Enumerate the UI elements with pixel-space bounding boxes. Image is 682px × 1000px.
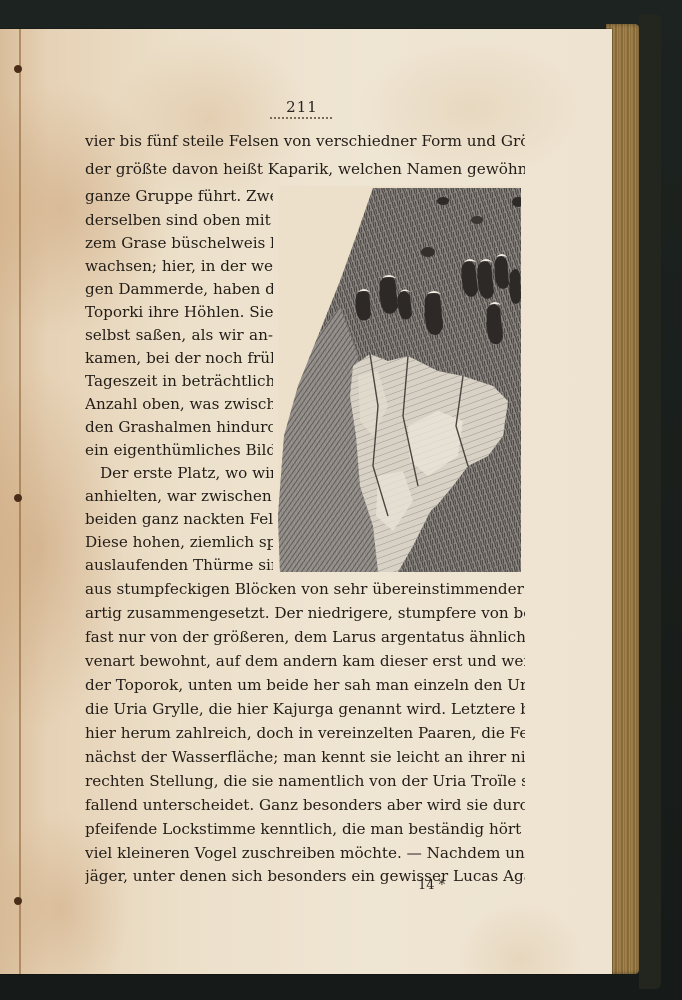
page-number-rule	[270, 117, 334, 119]
book-scan-scene: 211 vier bis fünf steile Felsen von vers…	[0, 0, 682, 1000]
text-line: wachsen; hier, in der weni-	[85, 256, 273, 276]
text-line: hier herum zahlreich, doch in vereinzelt…	[85, 723, 525, 743]
text-line: artig zusammengesetzt. Der niedrigere, s…	[85, 603, 525, 623]
text-line: fallend unterscheidet. Ganz besonders ab…	[85, 795, 525, 815]
text-line: Tageszeit in beträchtlicher	[85, 371, 273, 391]
text-line: viel kleineren Vogel zuschreiben möchte.…	[85, 843, 525, 863]
text-line: Diese hohen, ziemlich spitz	[85, 532, 273, 552]
text-line: Anzahl oben, was zwischen	[85, 394, 273, 414]
binding-stitch	[14, 897, 22, 905]
binding-stitch	[14, 65, 22, 73]
text-line: Toporki ihre Höhlen. Sie	[85, 302, 273, 322]
book-cover-edge	[639, 14, 661, 989]
page-number: 211	[272, 98, 332, 116]
text-line: zem Grase büschelweis be-	[85, 233, 273, 253]
text-line: nächst der Wasserfläche; man kennt sie l…	[85, 747, 525, 767]
text-line: jäger, unter denen sich besonders ein ge…	[85, 866, 525, 886]
text-line: auslaufenden Thürme sind	[85, 555, 273, 575]
text-line-paragraph-start: Der erste Platz, wo wir	[100, 463, 273, 483]
text-line: ganze Gruppe führt. Zwei	[85, 186, 273, 206]
text-line: die Uria Grylle, die hier Kajurga genann…	[85, 699, 525, 719]
text-line: derselben sind oben mit kur-	[85, 210, 273, 230]
text-line: anhielten, war zwischen den	[85, 486, 273, 506]
text-line: rechten Stellung, die sie namentlich von…	[85, 771, 525, 791]
text-line: gen Dammerde, haben die	[85, 279, 273, 299]
text-line: aus stumpfeckigen Blöcken von sehr übere…	[85, 579, 525, 599]
text-line: der größte davon heißt Kaparik, welchen …	[85, 159, 525, 179]
text-line: der Toporok, unten um beide her sah man …	[85, 675, 525, 695]
text-line: fast nur von der größeren, dem Larus arg…	[85, 627, 525, 647]
text-line: pfeifende Lockstimme kenntlich, die man …	[85, 819, 525, 839]
signature-mark: 14 *	[418, 878, 445, 893]
text-line: kamen, bei der noch frühen	[85, 348, 273, 368]
text-line: den Grashalmen hindurch	[85, 417, 273, 437]
text-line: ein eigenthümliches Bild gab.	[85, 440, 273, 460]
text-line: vier bis fünf steile Felsen von verschie…	[85, 131, 525, 151]
text-line: selbst saßen, als wir an-	[85, 325, 273, 345]
text-line: beiden ganz nackten Felsen.	[85, 509, 273, 529]
text-line: venart bewohnt, auf dem andern kam diese…	[85, 651, 525, 671]
puffin-cliff-engraving	[278, 186, 521, 572]
binding-stitch	[14, 494, 22, 502]
